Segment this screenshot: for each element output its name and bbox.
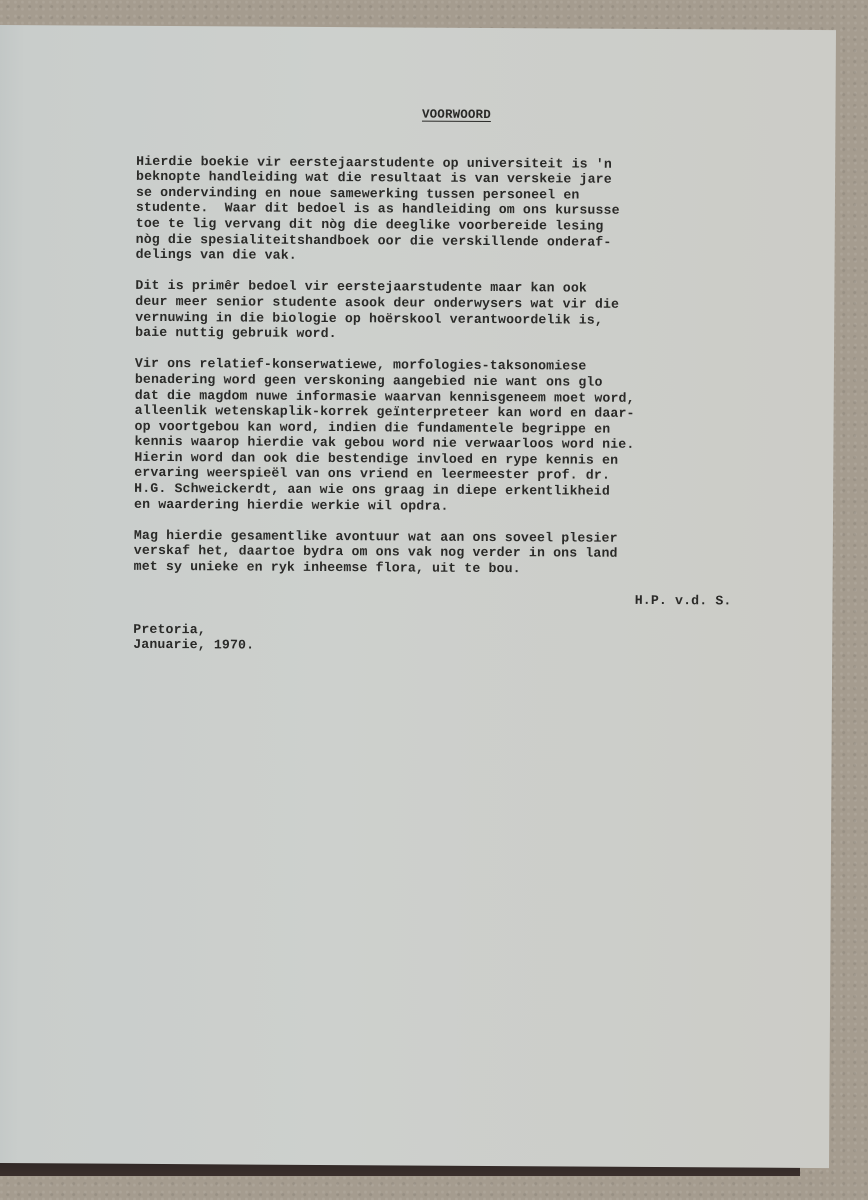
paragraph-approach: Vir ons relatief-konserwatiewe, morfolog…	[134, 356, 755, 516]
paragraph-closing: Mag hierdie gesamentlike avontuur wat aa…	[134, 528, 754, 579]
paragraph-intro: Hierdie boekie vir eerstejaarstudente op…	[136, 153, 757, 266]
signature: H.P. v.d. S.	[133, 590, 753, 609]
page-title: VOORWOORD	[136, 106, 756, 125]
document-body: VOORWOORD Hierdie boekie vir eerstejaars…	[133, 106, 756, 657]
paragraph-audience: Dit is primêr bedoel vir eerstejaarstude…	[135, 278, 755, 344]
document-page: VOORWOORD Hierdie boekie vir eerstejaars…	[0, 25, 836, 1168]
place-date: Pretoria, Januarie, 1970.	[133, 622, 753, 657]
